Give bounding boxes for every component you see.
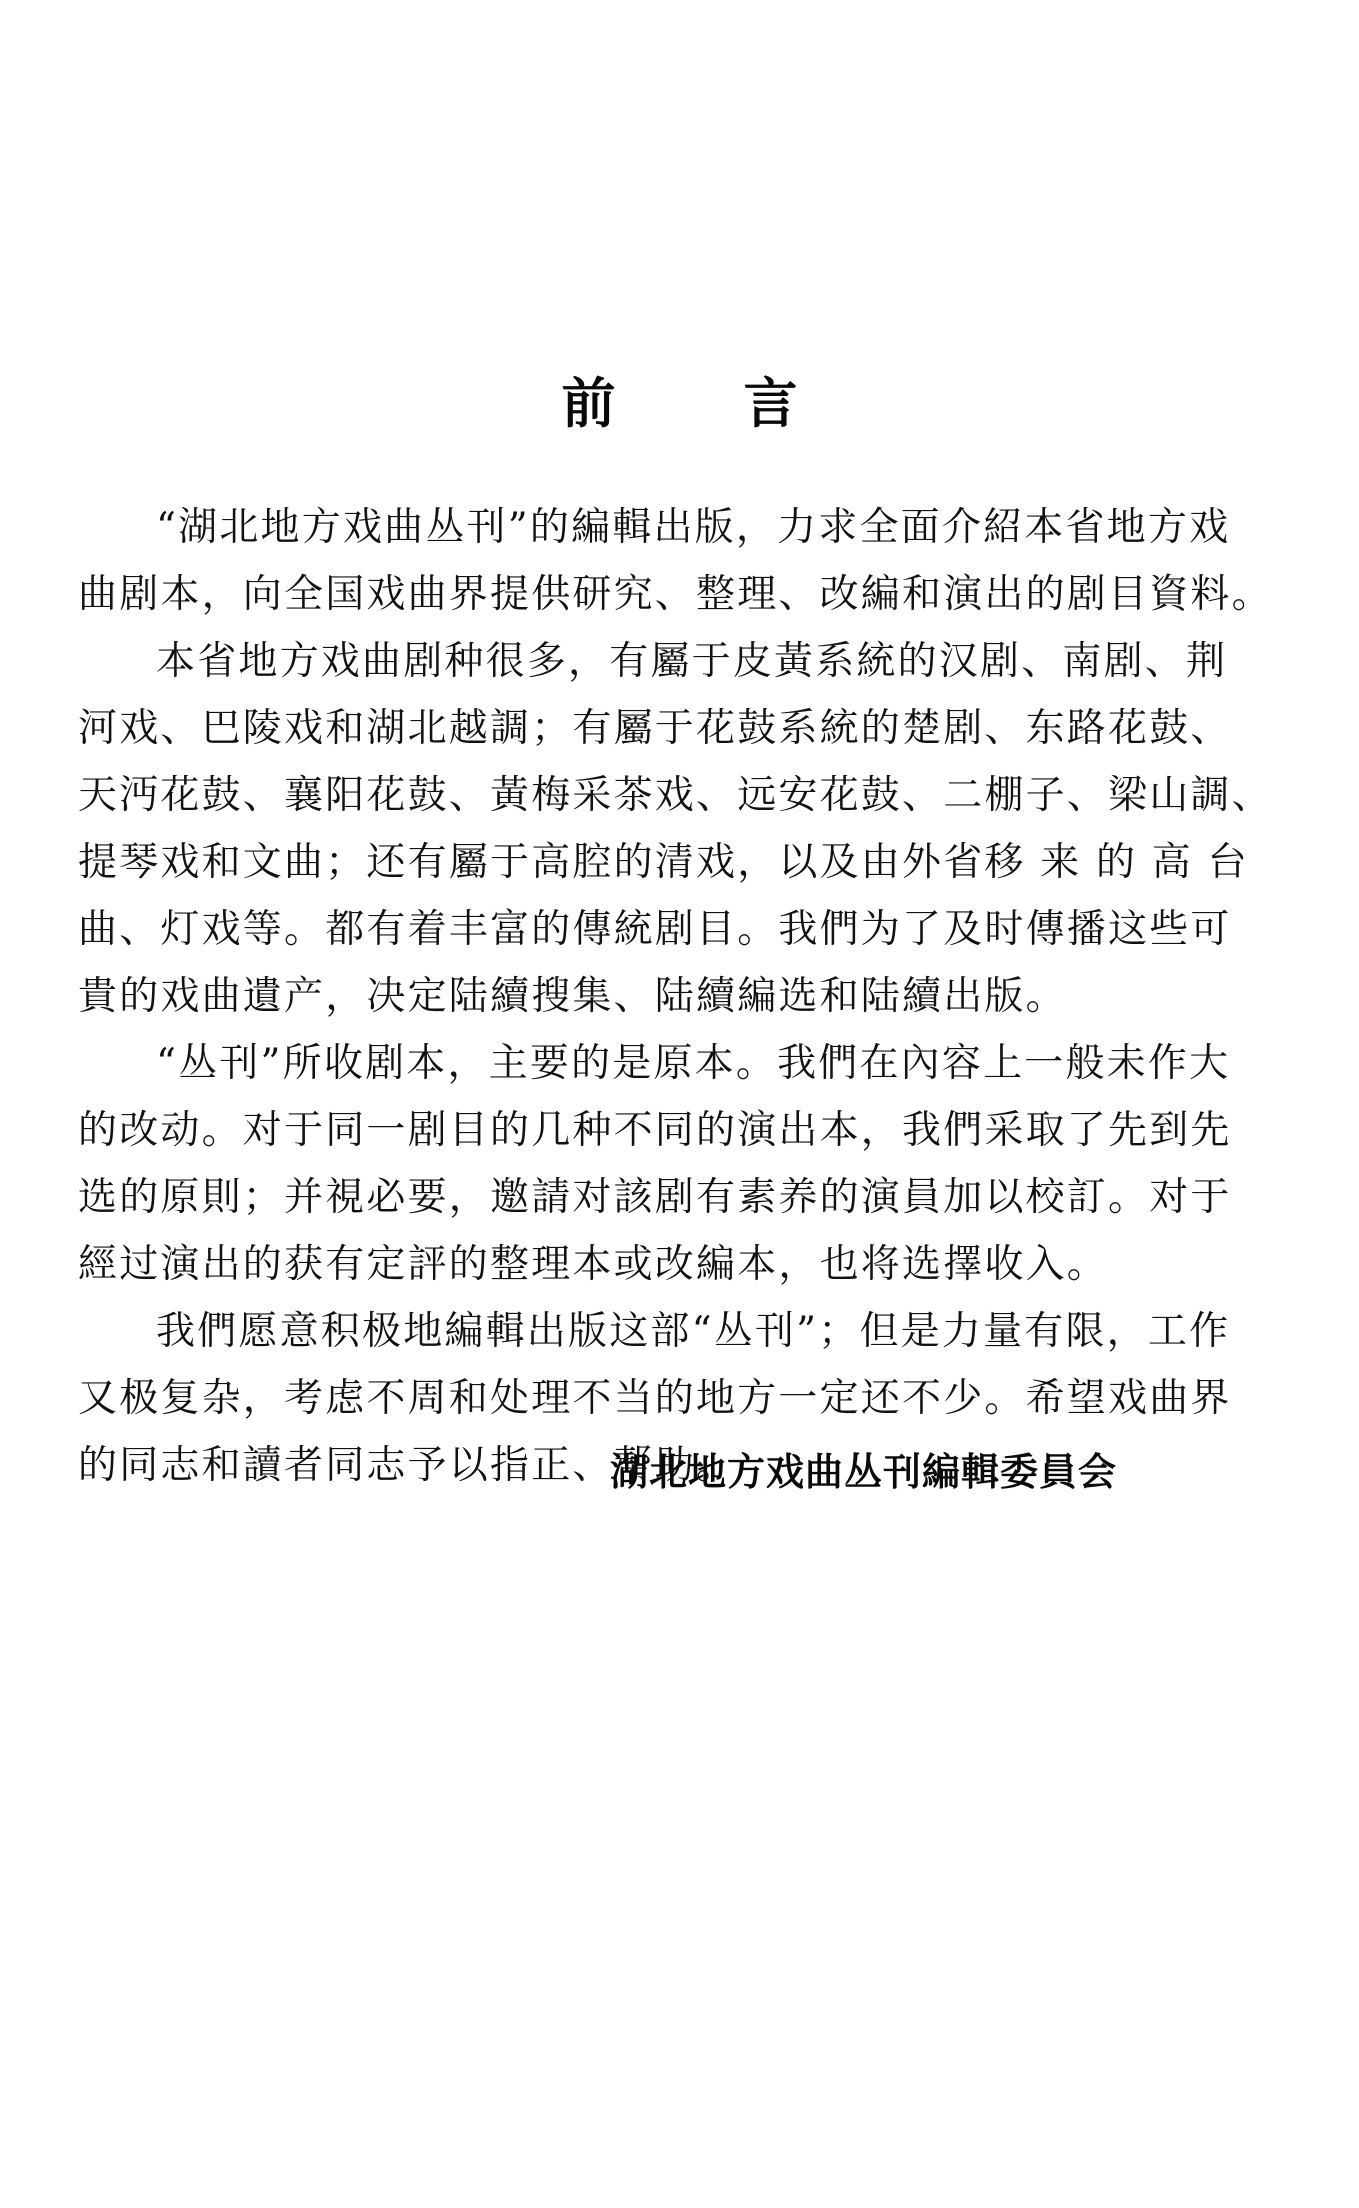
paragraph-2-line-6: 貴的戏曲遺产，决定陆續搜集、陆續編选和陆續出版。 xyxy=(78,963,1258,1030)
paragraph-4-line-1: 我們愿意积极地編輯出版这部“丛刊”；但是力量有限，工作 xyxy=(78,1298,1258,1365)
page-title: 前言 xyxy=(0,368,1359,438)
title-char-1: 前 xyxy=(562,368,616,438)
paragraph-1-line-1: “湖北地方戏曲丛刊”的編輯出版，力求全面介紹本省地方戏 xyxy=(78,494,1258,561)
document-page: 前言 “湖北地方戏曲丛刊”的編輯出版，力求全面介紹本省地方戏 曲剧本，向全国戏曲… xyxy=(0,0,1359,2208)
paragraph-4-line-2: 又极复杂，考虑不周和处理不当的地方一定还不少。希望戏曲界 xyxy=(78,1365,1258,1432)
paragraph-2-line-3: 天沔花鼓、襄阳花鼓、黃梅采茶戏、远安花鼓、二棚子、梁山調、 xyxy=(78,762,1258,829)
paragraph-3-line-4: 經过演出的获有定評的整理本或改編本，也将选擇收入。 xyxy=(78,1231,1258,1298)
paragraph-1-line-2: 曲剧本，向全国戏曲界提供研究、整理、改編和演出的剧目資料。 xyxy=(78,561,1258,628)
paragraph-2-line-5: 曲、灯戏等。都有着丰富的傳統剧目。我們为了及时傳播这些可 xyxy=(78,896,1258,963)
paragraph-2-line-1: 本省地方戏曲剧种很多，有屬于皮黃系統的汉剧、南剧、荆 xyxy=(78,628,1258,695)
paragraph-2-line-4: 提琴戏和文曲；还有屬于高腔的清戏，以及由外省移 来 的 高 台 xyxy=(78,829,1258,896)
paragraph-2-line-2: 河戏、巴陵戏和湖北越調；有屬于花鼓系統的楚剧、东路花鼓、 xyxy=(78,695,1258,762)
paragraph-3-line-3: 选的原則；并視必要，邀請对該剧有素养的演員加以校訂。对于 xyxy=(78,1164,1258,1231)
paragraph-3-line-1: “丛刊”所收剧本，主要的是原本。我們在內容上一般未作大 xyxy=(78,1030,1258,1097)
signature: 湖北地方戏曲丛刊編輯委員会 xyxy=(610,1442,1117,1502)
title-char-2: 言 xyxy=(744,368,798,438)
paragraph-3-line-2: 的改动。对于同一剧目的几种不同的演出本，我們采取了先到先 xyxy=(78,1097,1258,1164)
preface-body: “湖北地方戏曲丛刊”的編輯出版，力求全面介紹本省地方戏 曲剧本，向全国戏曲界提供… xyxy=(78,494,1258,1499)
